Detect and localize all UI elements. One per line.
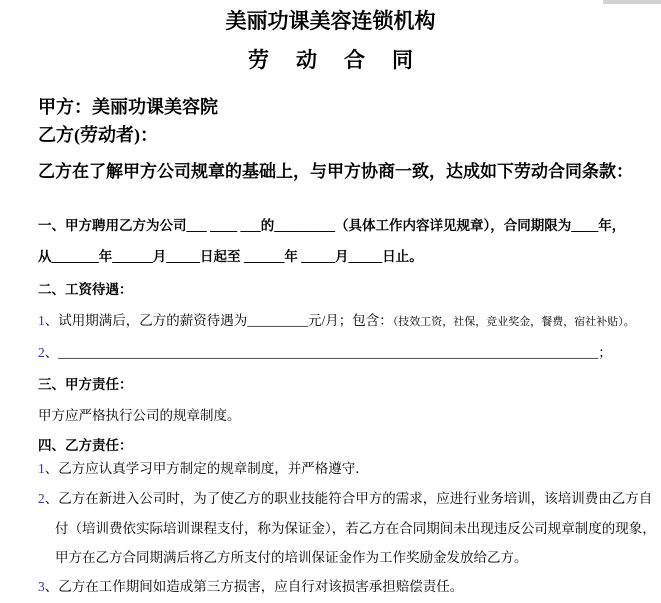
section4-item2-text-line1: 、乙方在新进入公司时，为了使乙方的职业技能符合甲方的需求，应进行业务培训，该培训… (45, 491, 653, 506)
section4-item2-line2: 付（培训费依实际培训课程支付，称为保证金），若乙方在合同期间未出现违反公司规章制… (55, 519, 656, 539)
section4-heading: 四、乙方责任： (38, 436, 133, 456)
section4-item1-number: 1 (38, 461, 45, 476)
preamble-text: 乙方在了解甲方公司规章的基础上，与甲方协商一致，达成如下劳动合同条款： (38, 162, 633, 182)
section3-heading: 三、甲方责任： (38, 375, 133, 395)
section4-item3-text: 、乙方在工作期间如造成第三方损害，应自行对该损害承担赔偿责任。 (45, 579, 464, 594)
clause1-line1: 一、甲方聘用乙方为公司___ ____ ___的_________（具体工作内容… (38, 216, 625, 236)
section2-heading: 二、工资待遇： (38, 280, 133, 300)
section4-item1: 1、乙方应认真学习甲方制定的规章制度，并严格遵守． (38, 459, 369, 479)
contract-title: 美丽功课美容连锁机构 (0, 5, 661, 35)
section2-item1-text: 、试用期满后，乙方的薪资待遇为_________元/月；包含： (45, 313, 393, 328)
contract-document-page: 美丽功课美容连锁机构 劳动合同 甲方：美丽功课美容院 乙方(劳动者)： 乙方在了… (0, 0, 661, 603)
clause1-line2: 从_______年______月_____日起至 ______年 _____月_… (38, 247, 423, 267)
section2-item2-number: 2 (38, 345, 45, 360)
section4-item2-number: 2 (38, 491, 45, 506)
section2-item2-blank-line: 、_______________________________________… (45, 345, 612, 360)
section4-item1-text: 、乙方应认真学习甲方制定的规章制度，并严格遵守． (45, 461, 369, 476)
section4-item2-line3: 甲方在乙方合同期满后将乙方所支付的培训保证金作为工作奖励金发放给乙方。 (55, 548, 528, 568)
section3-body: 甲方应严格执行公司的规章制度。 (38, 406, 241, 426)
section4-item3: 3、乙方在工作期间如造成第三方损害，应自行对该损害承担赔偿责任。 (38, 577, 463, 597)
section4-item3-number: 3 (38, 579, 45, 594)
contract-subtitle: 劳动合同 (0, 44, 661, 74)
section4-item2-line1: 2、乙方在新进入公司时，为了使乙方的职业技能符合甲方的需求，应进行业务培训，该培… (38, 489, 652, 509)
section2-item1-number: 1 (38, 313, 45, 328)
section2-item2: 2、______________________________________… (38, 343, 612, 363)
party-a-line: 甲方：美丽功课美容院 (38, 97, 218, 117)
scrollbar-fragment[interactable] (603, 0, 661, 4)
section2-item1: 1、试用期满后，乙方的薪资待遇为_________元/月；包含：（技效工资，社保… (38, 311, 635, 332)
party-b-line: 乙方(劳动者)： (38, 125, 158, 145)
section2-item1-note: （技效工资，社保，竞业奖金，餐费，宿社补贴）。 (393, 316, 635, 328)
